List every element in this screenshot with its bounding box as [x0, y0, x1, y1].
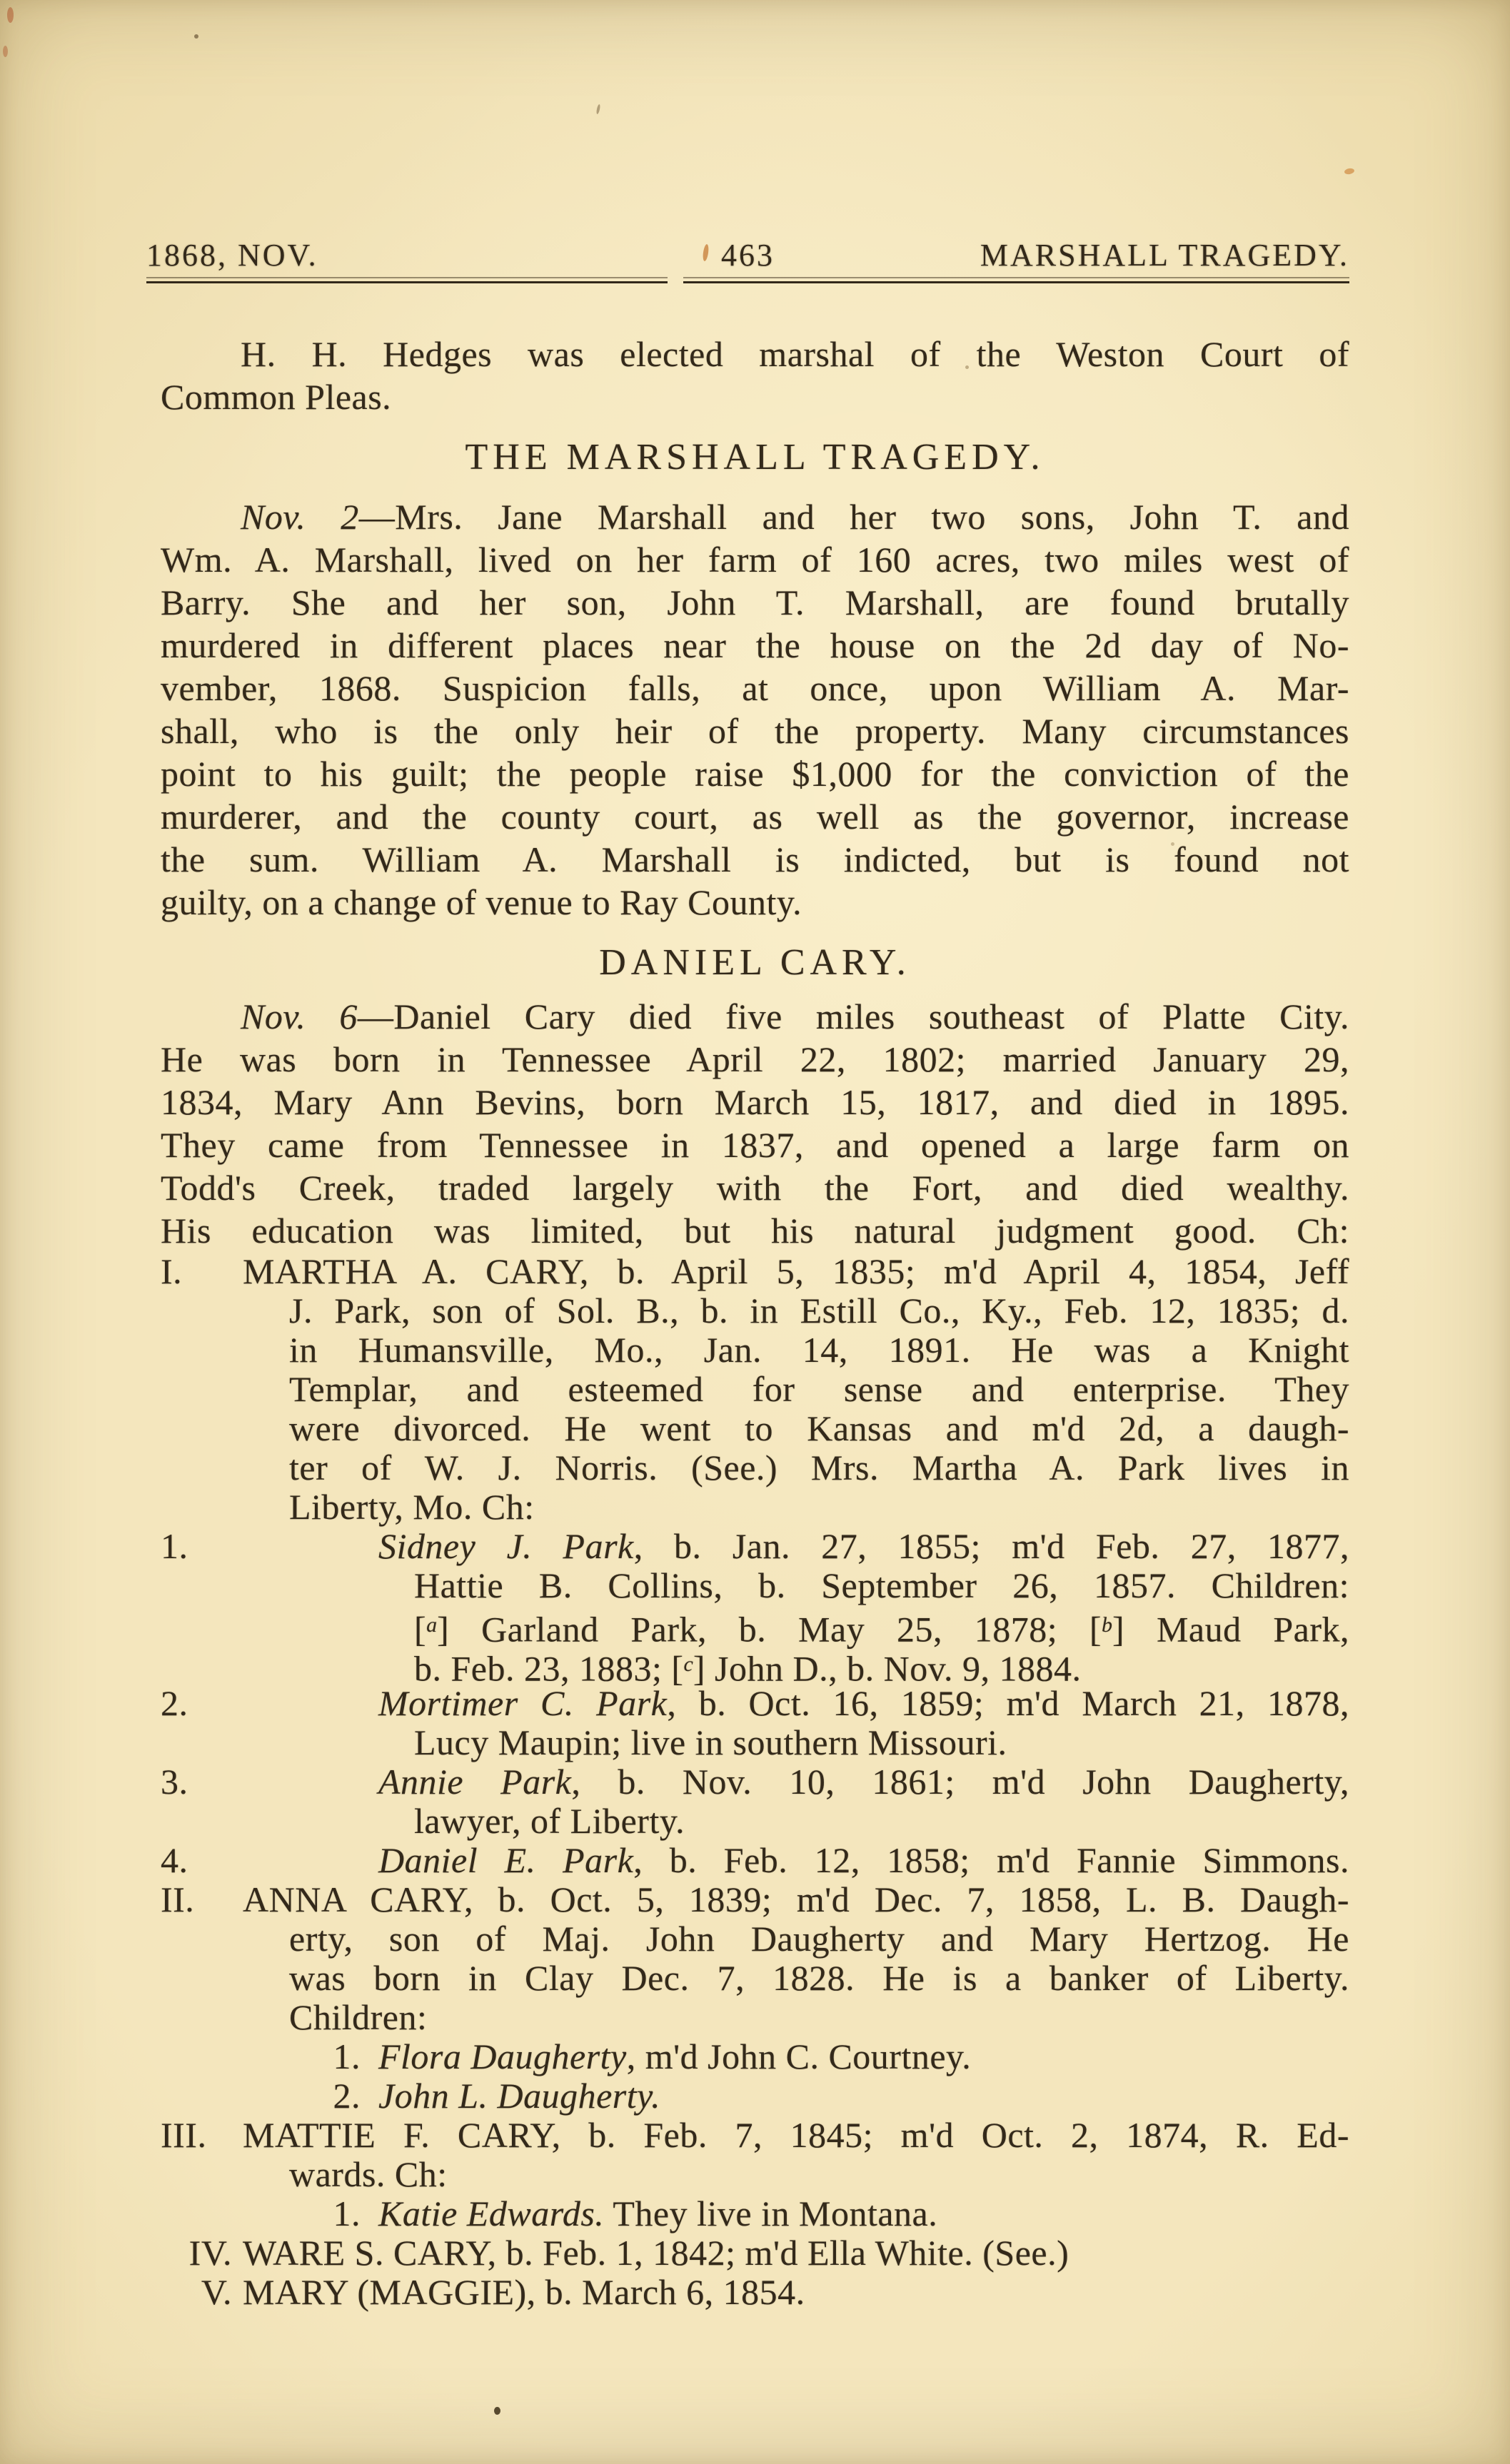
header-rule	[146, 277, 1349, 286]
italic-text: John L. Daugherty.	[378, 2076, 660, 2116]
text-line: Liberty, Mo. Ch:	[161, 1488, 1349, 1527]
text-line: IV.WARE S. CARY, b. Feb. 1, 1842; m'd El…	[161, 2233, 1349, 2273]
text-run: erty, son of Maj. John Daugherty and Mar…	[289, 1919, 1349, 1959]
text-line: Nov. 6—Daniel Cary died five miles south…	[161, 995, 1349, 1038]
text-run: were divorced. He went to Kansas and m'd…	[289, 1408, 1349, 1448]
paper-speck	[7, 7, 14, 23]
paper-speck	[3, 46, 8, 57]
text-run: MARTHA A. CARY, b. April 5, 1835; m'd Ap…	[243, 1251, 1349, 1291]
header-rule-right-segment	[683, 277, 1349, 286]
text-line: wards. Ch:	[161, 2155, 1349, 2194]
text-line: III.MATTIE F. CARY, b. Feb. 7, 1845; m'd…	[161, 2116, 1349, 2155]
text-line: shall, who is the only heir of the prope…	[161, 710, 1349, 752]
text-line: b. Feb. 23, 1883; [c] John D., b. Nov. 9…	[161, 1645, 1349, 1684]
text-line: J. Park, son of Sol. B., b. in Estill Co…	[161, 1291, 1349, 1331]
text-line: 3.Annie Park, b. Nov. 10, 1861; m'd John…	[161, 1762, 1349, 1802]
text-run: J. Park, son of Sol. B., b. in Estill Co…	[289, 1291, 1349, 1331]
text-line: They came from Tennessee in 1837, and op…	[161, 1124, 1349, 1166]
italic-text: Flora Daugherty	[378, 2036, 627, 2076]
text-line: Hattie B. Collins, b. September 26, 1857…	[161, 1566, 1349, 1605]
item-number: 4.	[161, 1841, 361, 1880]
text-line: lawyer, of Liberty.	[161, 1802, 1349, 1841]
text-line: vember, 1868. Suspicion falls, at once, …	[161, 667, 1349, 710]
superscript-letter: b	[1102, 1613, 1112, 1637]
text-line: II.ANNA CARY, b. Oct. 5, 1839; m'd Dec. …	[161, 1880, 1349, 1919]
marshall-tragedy-paragraph: Nov. 2—Mrs. Jane Marshall and her two so…	[161, 495, 1349, 924]
text-line: His education was limited, but his natur…	[161, 1209, 1349, 1252]
text-line: in Humansville, Mo., Jan. 14, 1891. He w…	[161, 1331, 1349, 1370]
paper-speck	[596, 104, 601, 115]
text-line: erty, son of Maj. John Daugherty and Mar…	[161, 1919, 1349, 1959]
text-line: [a] Garland Park, b. May 25, 1878; [b] M…	[161, 1605, 1349, 1645]
text-run: Wm. A. Marshall, lived on her farm of 16…	[161, 540, 1349, 580]
text-line: 1.Flora Daugherty, m'd John C. Courtney.	[161, 2037, 1349, 2076]
text-run: guilty, on a change of venue to Ray Coun…	[161, 882, 802, 922]
text-run: , b. Oct. 16, 1859; m'd March 21, 1878,	[667, 1683, 1349, 1723]
text-run: Children:	[289, 1997, 427, 2037]
text-line: Barry. She and her son, John T. Marshall…	[161, 581, 1349, 624]
roman-numeral: III.	[161, 2116, 232, 2155]
text-run: in Humansville, Mo., Jan. 14, 1891. He w…	[289, 1330, 1349, 1370]
section-heading: DANIEL CARY.	[161, 942, 1349, 984]
text-run: —Mrs. Jane Marshall and her two sons, Jo…	[359, 497, 1349, 537]
text-line: Lucy Maupin; live in southern Missouri.	[161, 1723, 1349, 1762]
text-run: They live in Montana.	[604, 2193, 937, 2233]
text-line: 2.Mortimer C. Park, b. Oct. 16, 1859; m'…	[161, 1684, 1349, 1723]
text-run: shall, who is the only heir of the prope…	[161, 711, 1349, 751]
italic-text: Nov. 6	[241, 996, 358, 1036]
text-run: —Daniel Cary died five miles southeast o…	[358, 996, 1349, 1036]
text-run: Templar, and esteemed for sense and ente…	[289, 1369, 1349, 1409]
text-line: Nov. 2—Mrs. Jane Marshall and her two so…	[161, 495, 1349, 538]
children-genealogy-list: I.MARTHA A. CARY, b. April 5, 1835; m'd …	[161, 1252, 1349, 2312]
superscript-letter: a	[426, 1613, 437, 1637]
text-line: Wm. A. Marshall, lived on her farm of 16…	[161, 538, 1349, 581]
item-number: 1.	[161, 2194, 361, 2233]
text-run: wards. Ch:	[289, 2154, 448, 2194]
text-run: [	[414, 1610, 426, 1650]
paper-speck	[494, 2407, 500, 2415]
text-line: I.MARTHA A. CARY, b. April 5, 1835; m'd …	[161, 1252, 1349, 1291]
running-head: 1868, NOV. 463 MARSHALL TRAGEDY.	[146, 237, 1349, 274]
text-run: He was born in Tennessee April 22, 1802;…	[161, 1039, 1349, 1079]
text-line: the sum. William A. Marshall is indicted…	[161, 838, 1349, 881]
text-line: V.MARY (MAGGIE), b. March 6, 1854.	[161, 2273, 1349, 2312]
roman-numeral: IV.	[161, 2233, 232, 2273]
text-run: , m'd John C. Courtney.	[627, 2036, 972, 2076]
text-run: , b. Feb. 12, 1858; m'd Fannie Simmons.	[633, 1840, 1349, 1880]
text-run: vember, 1868. Suspicion falls, at once, …	[161, 668, 1349, 708]
text-line: 1.Sidney J. Park, b. Jan. 27, 1855; m'd …	[161, 1527, 1349, 1566]
text-run: Hattie B. Collins, b. September 26, 1857…	[414, 1565, 1349, 1605]
text-line: 1.Katie Edwards. They live in Montana.	[161, 2194, 1349, 2233]
text-run: They came from Tennessee in 1837, and op…	[161, 1125, 1349, 1165]
text-run: Liberty, Mo. Ch:	[289, 1487, 535, 1527]
page-text-column: H. H. Hedges was elected marshal of the …	[161, 333, 1349, 2312]
header-title: MARSHALL TRAGEDY.	[980, 237, 1349, 273]
text-line: 2.John L. Daugherty.	[161, 2076, 1349, 2116]
italic-text: Annie Park	[378, 1762, 571, 1802]
roman-numeral: I.	[161, 1252, 232, 1291]
text-run: lawyer, of Liberty.	[414, 1801, 685, 1841]
italic-text: Katie Edwards.	[378, 2193, 604, 2233]
header-rule-left-segment	[146, 277, 668, 286]
roman-numeral: II.	[161, 1880, 232, 1919]
text-run: MARY (MAGGIE), b. March 6, 1854.	[243, 2272, 805, 2312]
text-line: He was born in Tennessee April 22, 1802;…	[161, 1038, 1349, 1081]
italic-text: Nov. 2	[241, 497, 359, 537]
text-run: H. H. Hedges was elected marshal of the …	[241, 334, 1349, 374]
text-run: point to his guilt; the people raise $1,…	[161, 754, 1349, 794]
text-run: Common Pleas.	[161, 377, 391, 417]
item-number: 1.	[161, 1527, 361, 1566]
text-run: murderer, and the county court, as well …	[161, 797, 1349, 837]
text-line: murdered in different places near the ho…	[161, 624, 1349, 667]
text-run: MATTIE F. CARY, b. Feb. 7, 1845; m'd Oct…	[243, 2115, 1349, 2155]
item-number: 2.	[161, 2076, 361, 2116]
text-line: Children:	[161, 1998, 1349, 2037]
text-run: WARE S. CARY, b. Feb. 1, 1842; m'd Ella …	[243, 2233, 1069, 2273]
text-run: the sum. William A. Marshall is indicted…	[161, 839, 1349, 879]
text-line: ter of W. J. Norris. (See.) Mrs. Martha …	[161, 1448, 1349, 1488]
intro-paragraph: H. H. Hedges was elected marshal of the …	[161, 333, 1349, 418]
italic-text: Daniel E. Park	[378, 1840, 633, 1880]
text-run: ter of W. J. Norris. (See.) Mrs. Martha …	[289, 1448, 1349, 1488]
item-number: 1.	[161, 2037, 361, 2076]
text-line: guilty, on a change of venue to Ray Coun…	[161, 881, 1349, 924]
paper-speck	[1344, 168, 1354, 175]
text-run: His education was limited, but his natur…	[161, 1211, 1349, 1251]
text-run: Lucy Maupin; live in southern Missouri.	[414, 1722, 1007, 1762]
superscript-letter: c	[684, 1652, 693, 1676]
text-run: ] Maud Park,	[1112, 1610, 1349, 1650]
text-line: H. H. Hedges was elected marshal of the …	[161, 333, 1349, 375]
text-run: Barry. She and her son, John T. Marshall…	[161, 582, 1349, 622]
daniel-cary-paragraph: Nov. 6—Daniel Cary died five miles south…	[161, 995, 1349, 1252]
text-run: , b. Jan. 27, 1855; m'd Feb. 27, 1877,	[634, 1526, 1349, 1566]
text-line: were divorced. He went to Kansas and m'd…	[161, 1409, 1349, 1448]
text-run: Todd's Creek, traded largely with the Fo…	[161, 1168, 1349, 1208]
italic-text: Mortimer C. Park	[378, 1683, 667, 1723]
text-run: murdered in different places near the ho…	[161, 625, 1349, 665]
paper-speck	[194, 34, 198, 39]
text-line: Common Pleas.	[161, 375, 1349, 418]
section-heading: THE MARSHALL TRAGEDY.	[161, 437, 1349, 478]
text-run: ANNA CARY, b. Oct. 5, 1839; m'd Dec. 7, …	[243, 1879, 1349, 1919]
text-line: Templar, and esteemed for sense and ente…	[161, 1370, 1349, 1409]
text-line: point to his guilt; the people raise $1,…	[161, 752, 1349, 795]
text-run: , b. Nov. 10, 1861; m'd John Daugherty,	[571, 1762, 1349, 1802]
text-run: 1834, Mary Ann Bevins, born March 15, 18…	[161, 1082, 1349, 1122]
item-number: 2.	[161, 1684, 361, 1723]
italic-text: Sidney J. Park	[378, 1526, 634, 1566]
book-page: 1868, NOV. 463 MARSHALL TRAGEDY. H. H. H…	[0, 0, 1510, 2464]
text-run: was born in Clay Dec. 7, 1828. He is a b…	[289, 1958, 1349, 1998]
text-line: was born in Clay Dec. 7, 1828. He is a b…	[161, 1959, 1349, 1998]
text-line: murderer, and the county court, as well …	[161, 795, 1349, 838]
text-run: ] Garland Park, b. May 25, 1878; [	[437, 1610, 1102, 1650]
roman-numeral: V.	[161, 2273, 232, 2312]
text-line: 4.Daniel E. Park, b. Feb. 12, 1858; m'd …	[161, 1841, 1349, 1880]
item-number: 3.	[161, 1762, 361, 1802]
text-line: Todd's Creek, traded largely with the Fo…	[161, 1166, 1349, 1209]
text-line: 1834, Mary Ann Bevins, born March 15, 18…	[161, 1081, 1349, 1124]
